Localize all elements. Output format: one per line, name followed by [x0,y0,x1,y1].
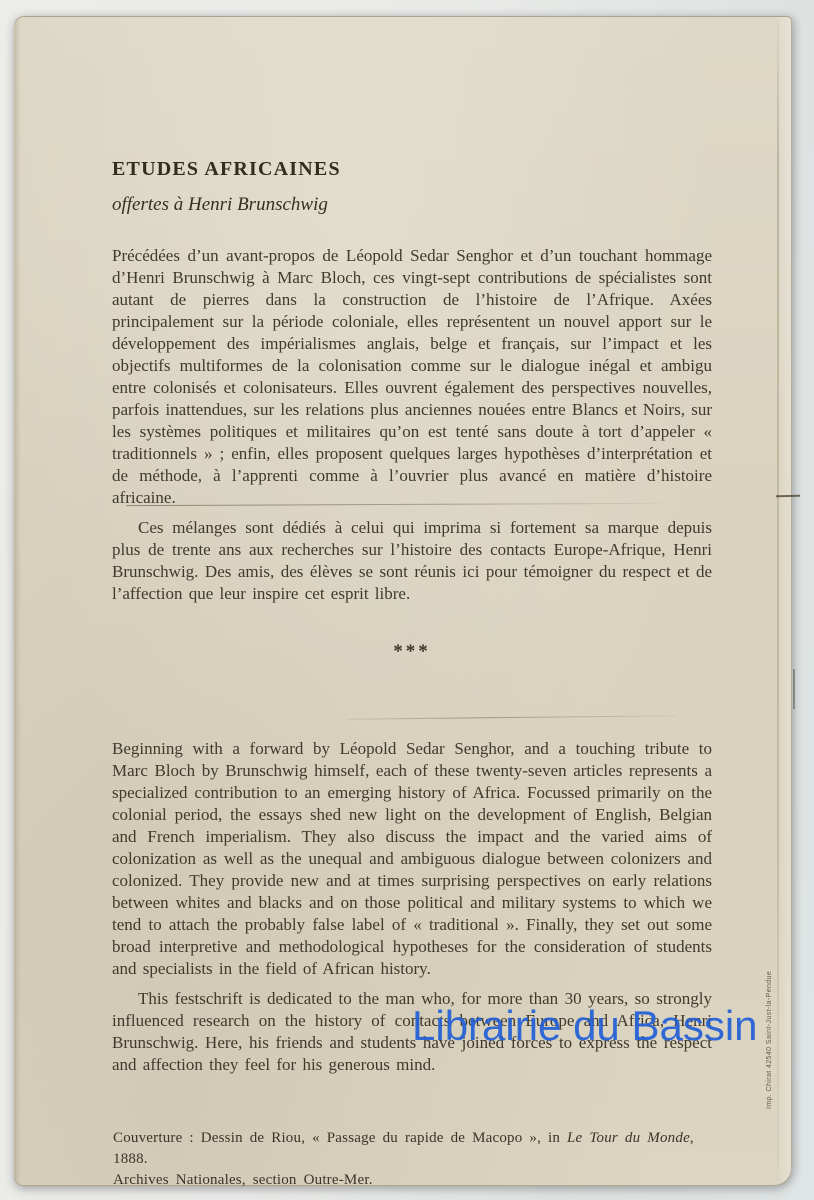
cover-credit: Couverture : Dessin de Riou, « Passage d… [113,1128,733,1191]
credit-archive-line: Archives Nationales, section Outre-Mer. [113,1172,373,1188]
book-subtitle: offertes à Henri Brunschwig [112,193,712,217]
asterisk-separator: *** [112,641,712,663]
cover-text-column: ETUDES AFRICAINES offertes à Henri Bruns… [112,16,712,1076]
english-paragraph-1: Beginning with a forward by Léopold Seda… [112,738,712,980]
credit-journal-title: Le Tour du Monde [567,1130,690,1146]
cover-edge-mark [793,669,795,709]
bookseller-watermark: Librairie du Bassin [412,1002,758,1050]
credit-text: Couverture : Dessin de Riou, « Passage d… [113,1130,567,1146]
french-paragraph-2: Ces mélanges sont dédiés à celui qui imp… [112,517,712,605]
book-title: ETUDES AFRICAINES [112,157,712,181]
printer-imprint: Imp. Chirat 42540 Saint-Just-la-Pendue [766,999,778,1109]
french-paragraph-1: Précédées d’un avant-propos de Léopold S… [112,245,712,509]
cover-edge-mark [776,495,800,497]
photo-background: ETUDES AFRICAINES offertes à Henri Bruns… [0,0,814,1200]
